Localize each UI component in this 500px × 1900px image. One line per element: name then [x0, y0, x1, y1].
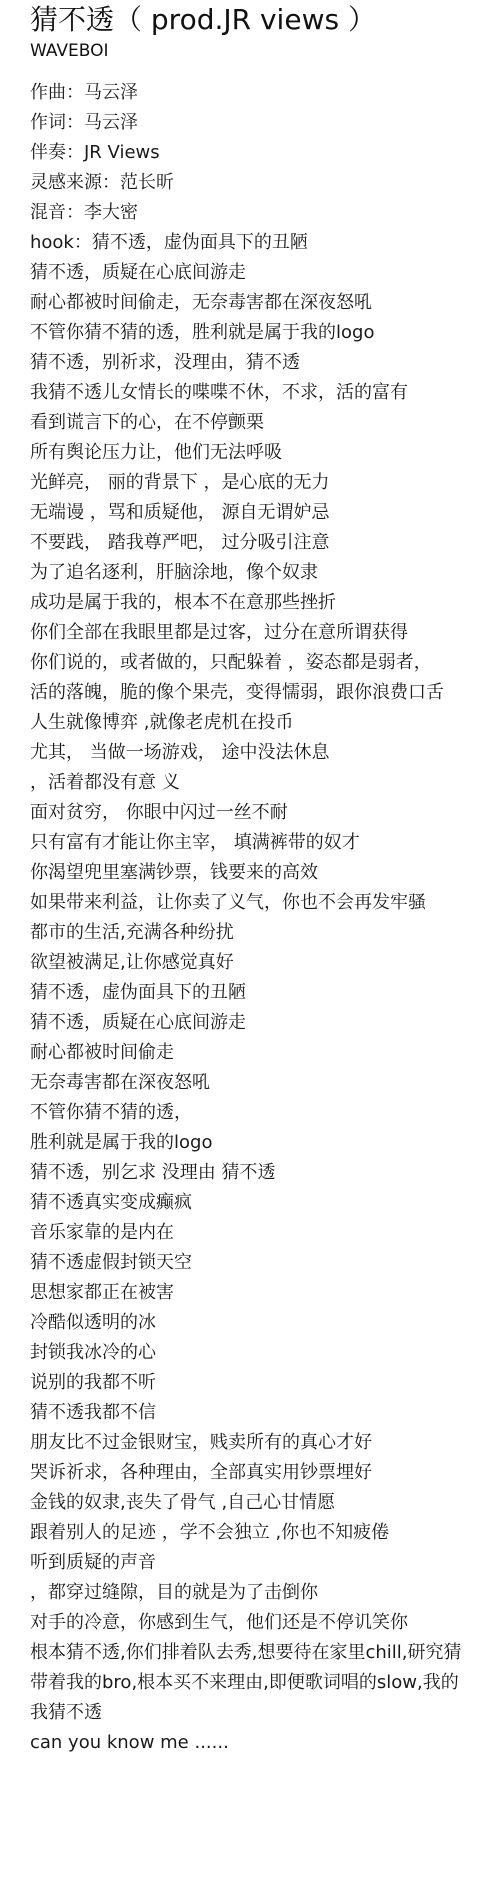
- lyric-line: 为了追名逐利，肝脑涂地，像个奴隶: [30, 558, 500, 588]
- lyric-line: 说别的我都不听: [30, 1368, 500, 1398]
- lyric-line: 面对贫穷， 你眼中闪过一丝不耐: [30, 798, 500, 828]
- lyric-line: 只有富有才能让你主宰， 填满裤带的奴才: [30, 828, 500, 858]
- lyric-line: 朋友比不过金银财宝，贱卖所有的真心才好: [30, 1428, 500, 1458]
- lyric-line: 都市的生活,充满各种纷扰: [30, 918, 500, 948]
- lyric-line: 哭诉祈求，各种理由，全部真实用钞票埋好: [30, 1458, 500, 1488]
- lyric-line: 人生就像博弈 ,就像老虎机在投币: [30, 708, 500, 738]
- lyric-line: 你们说的，或者做的，只配躲着 ，姿态都是弱者，: [30, 648, 500, 678]
- lyric-line: 跟着别人的足迹 ，学不会独立 ,你也不知疲倦: [30, 1518, 500, 1548]
- lyric-line: 作词：马云泽: [30, 108, 500, 138]
- lyric-line: 带着我的bro,根本买不来理由,即便歌词唱的slow,我的: [30, 1668, 500, 1698]
- lyric-line: hook：猜不透，虚伪面具下的丑陋: [30, 228, 500, 258]
- lyric-line: 思想家都正在被害: [30, 1278, 500, 1308]
- artist-name: WAVEBOI: [30, 40, 500, 62]
- lyric-line: 不管你猜不猜的透，胜利就是属于我的logo: [30, 318, 500, 348]
- lyric-line: 不要践， 踏我尊严吧， 过分吸引注意: [30, 528, 500, 558]
- lyric-line: 你们全部在我眼里都是过客，过分在意所谓获得: [30, 618, 500, 648]
- lyric-line: 猜不透，别乞求 没理由 猜不透: [30, 1158, 500, 1188]
- lyric-line: 灵感来源：范长昕: [30, 168, 500, 198]
- lyric-line: 音乐家靠的是内在: [30, 1218, 500, 1248]
- lyric-line: 猜不透真实变成癫疯: [30, 1188, 500, 1218]
- lyric-line: 混音：李大密: [30, 198, 500, 228]
- lyrics-page: 猜不透（ prod.JR views ） WAVEBOI 作曲：马云泽 作词：马…: [30, 0, 500, 1774]
- lyric-line: 不管你猜不猜的透，: [30, 1098, 500, 1128]
- lyric-line: 欲望被满足,让你感觉真好: [30, 948, 500, 978]
- lyric-line: 光鲜亮， 丽的背景下 ，是心底的无力: [30, 468, 500, 498]
- lyric-line: 耐心都被时间偷走，无奈毒害都在深夜怒吼: [30, 288, 500, 318]
- lyric-line: 成功是属于我的，根本不在意那些挫折: [30, 588, 500, 618]
- lyric-line: ，都穿过缝隙，目的就是为了击倒你: [30, 1578, 500, 1608]
- lyric-line: 猜不透，质疑在心底间游走: [30, 258, 500, 288]
- lyric-line: 无端谩 ，骂和质疑他， 源自无谓妒忌: [30, 498, 500, 528]
- lyric-line: ，活着都没有意 义: [30, 768, 500, 798]
- lyric-line: can you know me ......: [30, 1728, 500, 1758]
- lyric-line: 活的落魄，脆的像个果壳，变得懦弱，跟你浪费口舌: [30, 678, 500, 708]
- lyrics-list: 作曲：马云泽 作词：马云泽伴奏：JR Views灵感来源：范长昕混音：李大密ho…: [30, 78, 500, 1758]
- lyric-line: 猜不透，虚伪面具下的丑陋: [30, 978, 500, 1008]
- lyric-line: 对手的冷意，你感到生气，他们还是不停讥笑你: [30, 1608, 500, 1638]
- lyric-line: 金钱的奴隶,丧失了骨气 ,自己心甘情愿: [30, 1488, 500, 1518]
- lyric-line: 无奈毒害都在深夜怒吼: [30, 1068, 500, 1098]
- lyric-line: 耐心都被时间偷走: [30, 1038, 500, 1068]
- lyric-line: 听到质疑的声音: [30, 1548, 500, 1578]
- lyric-line: 所有舆论压力让，他们无法呼吸: [30, 438, 500, 468]
- lyric-line: 封锁我冰冷的心: [30, 1338, 500, 1368]
- lyric-line: 冷酷似透明的冰: [30, 1308, 500, 1338]
- lyric-line: 看到谎言下的心，在不停颤栗: [30, 408, 500, 438]
- lyric-line: 如果带来利益，让你卖了义气，你也不会再发牢骚: [30, 888, 500, 918]
- lyric-line: 我猜不透儿女情长的喋喋不休，不求，活的富有: [30, 378, 500, 408]
- lyric-line: 胜利就是属于我的logo: [30, 1128, 500, 1158]
- lyric-line: 根本猜不透,你们排着队去秀,想要待在家里chill,研究猜: [30, 1638, 500, 1668]
- song-title: 猜不透（ prod.JR views ）: [30, 2, 500, 38]
- lyric-line: 猜不透，别祈求，没理由，猜不透: [30, 348, 500, 378]
- lyric-line: 你渴望兜里塞满钞票，钱要来的高效: [30, 858, 500, 888]
- lyric-line: 我猜不透: [30, 1698, 500, 1728]
- lyric-line: 猜不透虚假封锁天空: [30, 1248, 500, 1278]
- lyric-line: 猜不透，质疑在心底间游走: [30, 1008, 500, 1038]
- lyric-line: 尤其， 当做一场游戏， 途中没法休息: [30, 738, 500, 768]
- lyric-line: 作曲：马云泽: [30, 78, 500, 108]
- lyric-line: 伴奏：JR Views: [30, 138, 500, 168]
- lyric-line: 猜不透我都不信: [30, 1398, 500, 1428]
